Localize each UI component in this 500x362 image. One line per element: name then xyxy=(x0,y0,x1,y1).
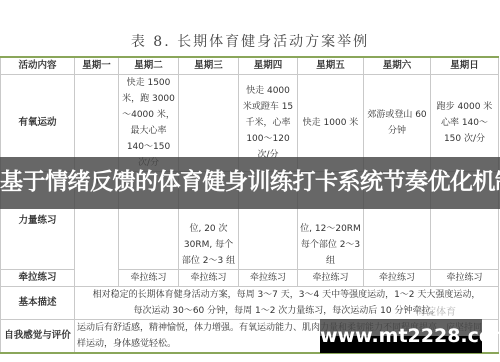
header-monday: 星期一 xyxy=(75,57,119,75)
stretch-saturday: 牵拉练习 xyxy=(364,270,431,287)
row-label-self-evaluation: 自我感觉与评价 xyxy=(1,320,75,354)
stretch-wednesday: 牵拉练习 xyxy=(179,270,239,287)
header-friday: 星期五 xyxy=(298,57,364,75)
header-tuesday: 星期二 xyxy=(119,57,179,75)
stretch-tuesday: 牵拉练习 xyxy=(119,270,179,287)
header-saturday: 星期六 xyxy=(364,57,431,75)
banner-title: 基于情绪反馈的体育健身训练打卡系统节奏优化机制研究 xyxy=(0,160,500,204)
watermark-url: www.mt2228.com xyxy=(320,322,482,350)
header-thursday: 星期四 xyxy=(239,57,298,75)
watermark-url-box: www.mt2228.com xyxy=(320,319,482,353)
stretch-sunday: 牵拉练习 xyxy=(431,270,499,287)
basic-description-line-1: 相对稳定的长期体育健身活动方案，每周 3～7 天，3～4 天中等强度运动，1～2… xyxy=(77,287,496,303)
stretch-friday: 牵拉练习 xyxy=(298,270,364,287)
stretch-thursday: 牵拉练习 xyxy=(239,270,298,287)
document-title: 表 8. 长期体育健身活动方案举例 xyxy=(0,31,500,51)
header-wednesday: 星期三 xyxy=(179,57,239,75)
watermark-logo: 海淀体育 xyxy=(416,303,456,318)
row-label-basic-description: 基本描述 xyxy=(1,287,75,320)
table-header-row: 活动内容 星期一 星期二 星期三 星期四 星期五 星期六 星期日 xyxy=(1,57,499,75)
header-activity: 活动内容 xyxy=(1,57,75,75)
row-label-stretch: 牵拉练习 xyxy=(1,270,75,287)
header-sunday: 星期日 xyxy=(431,57,499,75)
